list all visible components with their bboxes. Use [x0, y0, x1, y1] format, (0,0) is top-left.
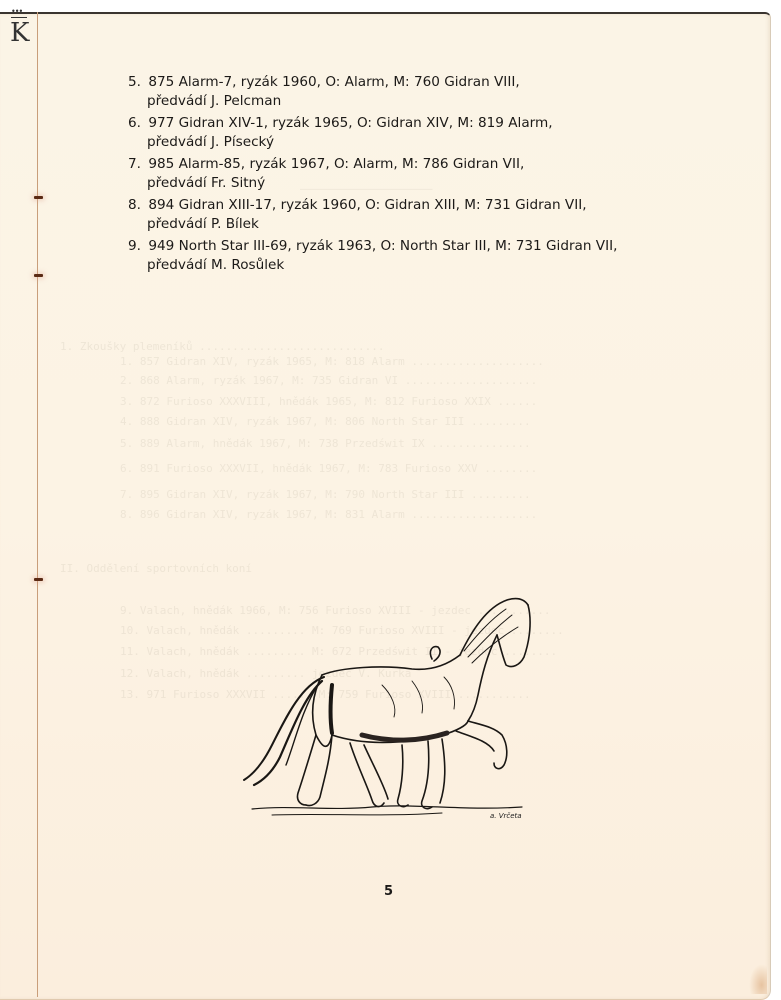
bleed-through-text: 6. 891 Furioso XXXVII, hnědák 1967, M: 7…	[120, 462, 537, 475]
bleed-through-text: 1. 857 Gidran XIV, ryzák 1965, M: 818 Al…	[120, 355, 544, 368]
horse-entry-list: 5. 875 Alarm-7, ryzák 1960, O: Alarm, M:…	[128, 73, 708, 278]
list-item: 7. 985 Alarm-85, ryzák 1967, O: Alarm, M…	[128, 155, 708, 193]
entry-details: 949 North Star III-69, ryzák 1963, O: No…	[148, 237, 617, 256]
page-corner-wear	[749, 964, 767, 994]
list-item: 8. 894 Gidran XIII-17, ryzák 1960, O: Gi…	[128, 196, 708, 234]
entry-presenter: předvádí J. Pelcman	[128, 92, 708, 111]
bleed-through-text: 8. 896 Gidran XIV, ryzák 1967, M: 831 Al…	[120, 508, 537, 521]
horse-illustration	[232, 585, 552, 820]
entry-details: 985 Alarm-85, ryzák 1967, O: Alarm, M: 7…	[148, 155, 524, 174]
bleed-through-text: 3. 872 Furioso XXXVIII, hnědák 1965, M: …	[120, 395, 537, 408]
bleed-through-text: II. Oddělení sportovních koní	[60, 562, 252, 575]
bleed-through-text: 7. 895 Gidran XIV, ryzák 1967, M: 790 No…	[120, 488, 531, 501]
entry-details: 894 Gidran XIII-17, ryzák 1960, O: Gidra…	[148, 196, 586, 215]
entry-details: 977 Gidran XIV-1, ryzák 1965, O: Gidran …	[148, 114, 552, 133]
staple-mark	[34, 196, 43, 199]
staple-mark	[34, 578, 43, 581]
site-logo-icon: ••• K	[6, 8, 32, 48]
list-item: 9. 949 North Star III-69, ryzák 1963, O:…	[128, 237, 708, 275]
bleed-through-text: 2. 868 Alarm, ryzák 1967, M: 735 Gidran …	[120, 374, 537, 387]
bleed-through-text: 1. Zkoušky plemeníků ...................…	[60, 340, 385, 353]
bleed-through-text: 4. 888 Gidran XIV, ryzák 1967, M: 806 No…	[120, 415, 531, 428]
entry-details: 875 Alarm-7, ryzák 1960, O: Alarm, M: 76…	[148, 73, 519, 92]
entry-presenter: předvádí P. Bílek	[128, 215, 708, 234]
entry-presenter: předvádí J. Písecký	[128, 133, 708, 152]
list-item: 5. 875 Alarm-7, ryzák 1960, O: Alarm, M:…	[128, 73, 708, 111]
entry-presenter: předvádí M. Rosůlek	[128, 256, 708, 275]
page-number: 5	[384, 884, 393, 899]
binding-fold	[37, 12, 38, 997]
artist-signature: a. Vrčeta	[490, 812, 522, 820]
staple-mark	[34, 274, 43, 277]
list-item: 6. 977 Gidran XIV-1, ryzák 1965, O: Gidr…	[128, 114, 708, 152]
entry-presenter: předvádí Fr. Sitný	[128, 174, 708, 193]
bleed-through-text: 5. 889 Alarm, hnědák 1967, M: 738 Przedś…	[120, 437, 531, 450]
